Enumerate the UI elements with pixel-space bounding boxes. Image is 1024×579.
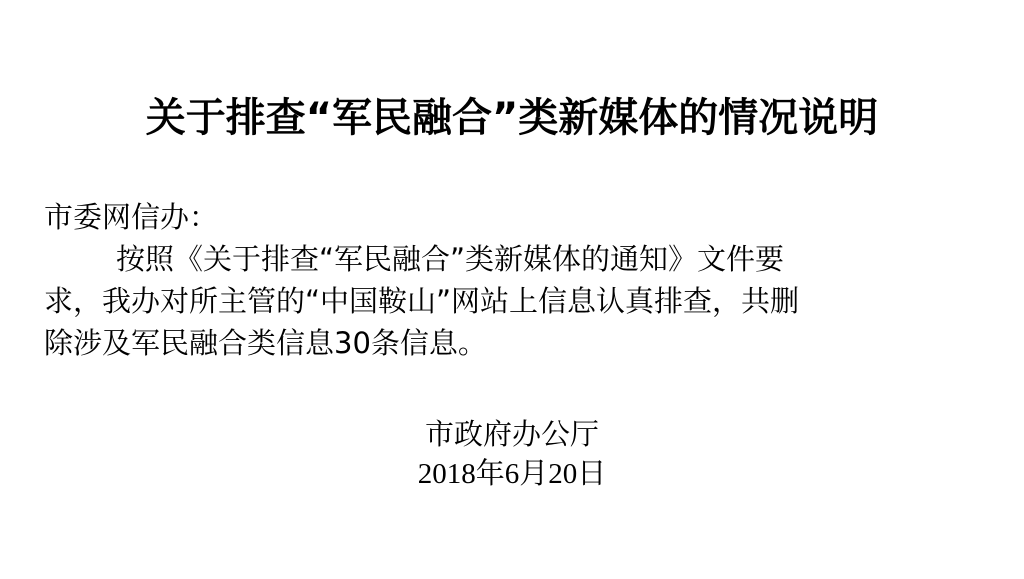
paragraph-line-3: 除涉及军民融合类信息30条信息。 bbox=[44, 322, 989, 364]
issuer-name: 市政府办公厅 bbox=[0, 414, 1024, 454]
paragraph-line-1: 按照《关于排查“军民融合”类新媒体的通知》文件要 bbox=[44, 238, 989, 280]
signature-block: 市政府办公厅 2018年6月20日 bbox=[0, 414, 1024, 494]
document-body: 市委网信办： 按照《关于排查“军民融合”类新媒体的通知》文件要 求，我办对所主管… bbox=[44, 196, 989, 364]
paragraph-line-2: 求，我办对所主管的“中国鞍山”网站上信息认真排查，共删 bbox=[44, 280, 989, 322]
issue-date: 2018年6月20日 bbox=[0, 454, 1024, 494]
document-title: 关于排查“军民融合”类新媒体的情况说明 bbox=[0, 90, 1024, 146]
addressee: 市委网信办： bbox=[44, 196, 989, 238]
